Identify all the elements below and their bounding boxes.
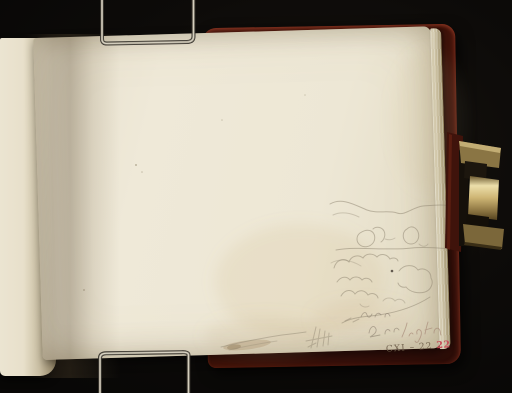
pencil-sketch-overlay: [0, 0, 512, 393]
sketchbook-photograph: CXI – 22 22: [0, 0, 512, 393]
top-page-clip: [102, 0, 194, 44]
bottom-page-clip: [100, 352, 189, 393]
clasp: [445, 132, 504, 252]
page-stains: [204, 50, 464, 356]
ink-inventory-number: CXI – 22: [386, 342, 433, 355]
red-stamped-folio-number: 22: [436, 339, 451, 351]
